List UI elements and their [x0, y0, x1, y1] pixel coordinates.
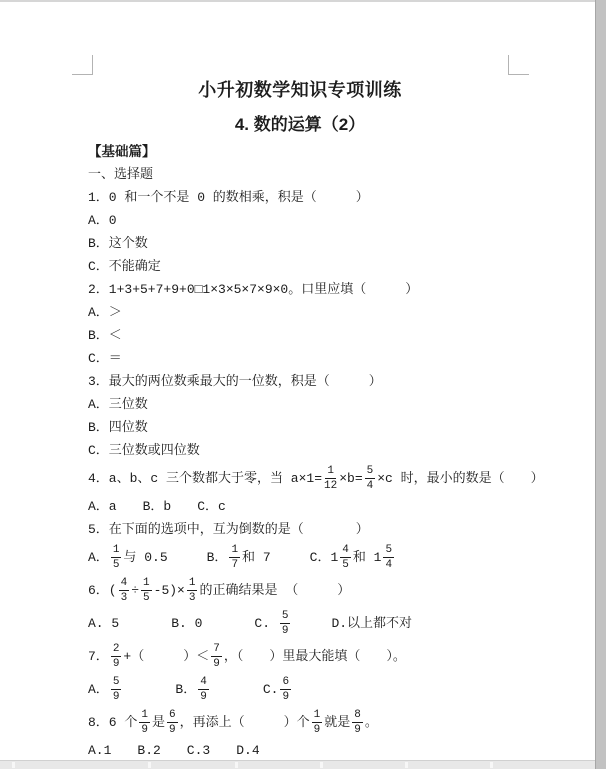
text-run: 的正确结果是 （ ）	[199, 584, 350, 597]
text-run: 一、选择题	[88, 168, 153, 181]
fraction-numerator: 1	[139, 710, 150, 724]
fraction: 49	[198, 677, 209, 703]
fraction: 45	[340, 545, 351, 571]
fraction-denominator: 9	[213, 657, 220, 670]
text-run: ×c 时，最小的数是（ ）	[377, 472, 543, 485]
text-run: 1．0 和一个不是 0 的数相乘，积是（ ）	[88, 191, 369, 204]
fraction: 15	[141, 578, 152, 604]
worksheet-line: B．＜	[88, 324, 512, 347]
worksheet-line: C．不能确定	[88, 255, 512, 278]
fraction: 69	[280, 677, 291, 703]
fraction-numerator: 5	[111, 677, 122, 691]
bottom-edge-tick	[235, 762, 238, 768]
text-run: +（ ）＜	[123, 650, 209, 663]
text-run: 和 7 C．1	[242, 551, 338, 564]
fraction: 13	[187, 578, 198, 604]
text-run: B．这个数	[88, 237, 148, 250]
worksheet-line: A．15与 0.5 B．17和 7 C．145和 154	[88, 541, 512, 574]
fraction-numerator: 4	[119, 578, 130, 592]
window-top-edge	[0, 0, 606, 2]
fraction-numerator: 1	[325, 466, 336, 480]
text-run: C．不能确定	[88, 260, 161, 273]
fraction-numerator: 2	[111, 644, 122, 658]
fraction-numerator: 1	[141, 578, 152, 592]
text-run: A．	[88, 551, 109, 564]
worksheet-line: C．＝	[88, 347, 512, 370]
text-run: C．＝	[88, 352, 122, 365]
bottom-edge-tick	[148, 762, 151, 768]
fraction-denominator: 7	[231, 558, 238, 571]
margin-crop-mark-top-left	[72, 55, 93, 75]
worksheet-line: 7．29+（ ）＜79，（ ）里最大能填（ ）。	[88, 640, 512, 673]
text-run: D.以上都不对	[292, 617, 412, 630]
text-run: 3．最大的两位数乘最大的一位数，积是（ ）	[88, 375, 382, 388]
worksheet-line: 8．6 个19是69，再添上（ ）个19就是89。	[88, 706, 512, 739]
fraction-denominator: 9	[141, 723, 148, 736]
fraction: 69	[167, 710, 178, 736]
worksheet-line: 【基础篇】	[88, 140, 512, 163]
text-run: 5．在下面的选项中，互为倒数的是（ ）	[88, 523, 369, 536]
worksheet-line: 5．在下面的选项中，互为倒数的是（ ）	[88, 518, 512, 541]
document-subtitle: 4. 数的运算（2）	[88, 104, 512, 140]
fraction: 54	[383, 545, 394, 571]
fraction: 29	[111, 644, 122, 670]
worksheet-line: A. 5 B. 0 C. 59 D.以上都不对	[88, 607, 512, 640]
worksheet-line: C．三位数或四位数	[88, 439, 512, 462]
text-run: 和 1	[353, 551, 382, 564]
text-run: A．0	[88, 214, 117, 227]
text-run: 是	[152, 716, 165, 729]
text-run: ，（ ）里最大能填（ ）。	[224, 650, 406, 663]
worksheet-content: 小升初数学知识专项训练 4. 数的运算（2） 【基础篇】一、选择题1．0 和一个…	[88, 74, 512, 762]
fraction-numerator: 4	[340, 545, 351, 559]
fraction-denominator: 4	[385, 558, 392, 571]
fraction-denominator: 5	[342, 558, 349, 571]
right-window-edge	[595, 0, 606, 769]
fraction: 19	[312, 710, 323, 736]
text-run: 4．a、b、c 三个数都大于零，当 a×1=	[88, 472, 322, 485]
worksheet-line: A．0	[88, 209, 512, 232]
fraction-numerator: 4	[198, 677, 209, 691]
fraction-numerator: 5	[383, 545, 394, 559]
fraction-numerator: 8	[352, 710, 363, 724]
fraction-denominator: 9	[113, 690, 120, 703]
fraction: 19	[139, 710, 150, 736]
worksheet-line: 一、选择题	[88, 163, 512, 186]
text-run: B．四位数	[88, 421, 148, 434]
fraction-denominator: 3	[121, 591, 128, 604]
text-run: 2．1+3+5+7+9+0□1×3×5×7×9×0。口里应填（ ）	[88, 283, 418, 296]
text-run: ×b=	[339, 472, 362, 485]
fraction: 89	[352, 710, 363, 736]
worksheet-line: A．三位数	[88, 393, 512, 416]
worksheet-line: 4．a、b、c 三个数都大于零，当 a×1=112×b=54×c 时，最小的数是…	[88, 462, 512, 495]
fraction-numerator: 1	[312, 710, 323, 724]
worksheet-line: 1．0 和一个不是 0 的数相乘，积是（ ）	[88, 186, 512, 209]
fraction-denominator: 9	[282, 690, 289, 703]
text-run: B．＜	[88, 329, 122, 342]
fraction-denominator: 5	[113, 558, 120, 571]
fraction-denominator: 3	[189, 591, 196, 604]
text-run: A. 5 B. 0 C.	[88, 617, 278, 630]
bottom-edge-tick	[490, 762, 493, 768]
fraction-denominator: 9	[282, 624, 289, 637]
text-run: 8．6 个	[88, 716, 137, 729]
worksheet-line: 6．(43÷15-5)×13的正确结果是 （ ）	[88, 574, 512, 607]
worksheet-lines: 【基础篇】一、选择题1．0 和一个不是 0 的数相乘，积是（ ）A．0B．这个数…	[88, 140, 512, 762]
text-run: 【基础篇】	[88, 145, 156, 159]
fraction-numerator: 6	[280, 677, 291, 691]
fraction: 59	[280, 611, 291, 637]
fraction-numerator: 1	[111, 545, 122, 559]
bottom-edge-tick	[405, 762, 408, 768]
fraction-denominator: 9	[314, 723, 321, 736]
worksheet-line: B．这个数	[88, 232, 512, 255]
fraction-numerator: 7	[211, 644, 222, 658]
fraction-denominator: 12	[324, 479, 337, 492]
text-run: C.	[211, 683, 279, 696]
worksheet-line: B．四位数	[88, 416, 512, 439]
text-run: 就是	[324, 716, 350, 729]
fraction-numerator: 1	[187, 578, 198, 592]
fraction-numerator: 5	[365, 466, 376, 480]
document-title: 小升初数学知识专项训练	[88, 74, 512, 104]
text-run: B．	[123, 683, 196, 696]
fraction-numerator: 6	[167, 710, 178, 724]
fraction: 15	[111, 545, 122, 571]
text-run: 与 0.5 B．	[123, 551, 227, 564]
text-run: A．a B．b C．c	[88, 500, 226, 513]
bottom-window-edge	[0, 760, 596, 769]
text-run: A．	[88, 683, 109, 696]
fraction: 43	[119, 578, 130, 604]
fraction-denominator: 9	[169, 723, 176, 736]
text-run: 7．	[88, 650, 109, 663]
fraction-denominator: 4	[367, 479, 374, 492]
text-run: 。	[365, 716, 378, 729]
fraction: 54	[365, 466, 376, 492]
fraction-denominator: 9	[354, 723, 361, 736]
text-run: A．三位数	[88, 398, 148, 411]
fraction-denominator: 9	[200, 690, 207, 703]
fraction: 79	[211, 644, 222, 670]
worksheet-line: A．＞	[88, 301, 512, 324]
text-run: A.1 B.2 C.3 D.4	[88, 744, 260, 757]
fraction-numerator: 5	[280, 611, 291, 625]
worksheet-line: 2．1+3+5+7+9+0□1×3×5×7×9×0。口里应填（ ）	[88, 278, 512, 301]
fraction-numerator: 1	[229, 545, 240, 559]
bottom-edge-tick	[12, 762, 15, 768]
text-run: ，再添上（ ）个	[180, 716, 310, 729]
fraction: 112	[324, 466, 337, 492]
fraction: 59	[111, 677, 122, 703]
worksheet-line: 3．最大的两位数乘最大的一位数，积是（ ）	[88, 370, 512, 393]
worksheet-line: A．a B．b C．c	[88, 495, 512, 518]
fraction-denominator: 5	[143, 591, 150, 604]
fraction: 17	[229, 545, 240, 571]
fraction-denominator: 9	[113, 657, 120, 670]
worksheet-line: A．59 B．49 C.69	[88, 673, 512, 706]
worksheet-line: A.1 B.2 C.3 D.4	[88, 739, 512, 762]
document-page: 小升初数学知识专项训练 4. 数的运算（2） 【基础篇】一、选择题1．0 和一个…	[0, 0, 606, 769]
text-run: 6．(	[88, 584, 117, 597]
text-run: A．＞	[88, 306, 122, 319]
text-run: C．三位数或四位数	[88, 444, 200, 457]
text-run: -5)×	[154, 584, 185, 597]
margin-crop-mark-top-right	[508, 55, 529, 75]
bottom-edge-tick	[320, 762, 323, 768]
text-run: ÷	[131, 584, 139, 597]
